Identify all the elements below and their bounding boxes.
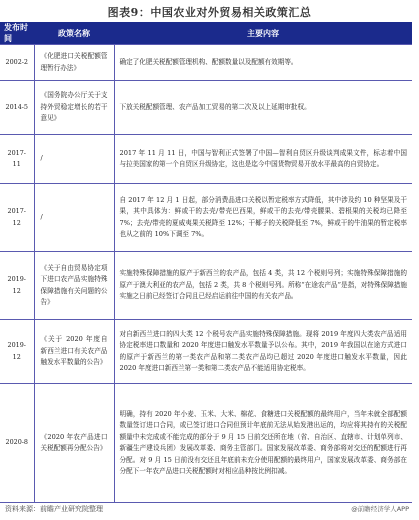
row-content: 确定了化肥关税配额管理机构、配额数量以及配额有效期等。 bbox=[114, 45, 412, 81]
table-row: 2019-12 《关于 2020 年度自新西兰进口有关农产品触发水平数量的公告》… bbox=[0, 320, 412, 384]
table-header-row: 发布时间 政策名称 主要内容 bbox=[0, 22, 412, 45]
row-date: 2019-12 bbox=[0, 320, 34, 384]
table-row: 2017-12 / 自 2017 年 12 月 1 日起，部分消费品进口关税以暂… bbox=[0, 184, 412, 252]
header-policy-name: 政策名称 bbox=[34, 22, 114, 45]
row-date: 2019-12 bbox=[0, 252, 34, 320]
row-policy-name: 《国务院办公厅关于支持外贸稳定增长的若干意见》 bbox=[34, 81, 114, 135]
row-policy-name: / bbox=[34, 184, 114, 252]
row-policy-name: 《2020 年农产品进口关税配额再分配公告》 bbox=[34, 384, 114, 503]
row-policy-name: 《化肥进口关税配额管理暂行办法》 bbox=[34, 45, 114, 81]
row-policy-name: 《关于 2020 年度自新西兰进口有关农产品触发水平数量的公告》 bbox=[34, 320, 114, 384]
table-row: 2002-2 《化肥进口关税配额管理暂行办法》 确定了化肥关税配额管理机构、配额… bbox=[0, 45, 412, 81]
row-date: 2017-12 bbox=[0, 184, 34, 252]
row-content: 2017 年 11 月 11 日，中国与智利正式签署了中国—智利自贸区升级谈判成… bbox=[114, 135, 412, 184]
table-row: 2014-5 《国务院办公厅关于支持外贸稳定增长的若干意见》 下放关税配额管理、… bbox=[0, 81, 412, 135]
row-content: 实施特殊保障措施的原产于新西兰的农产品，包括 4 类，共 12 个税则号列；实施… bbox=[114, 252, 412, 320]
row-content: 下放关税配额管理、农产品加工贸易的第二次及以上延期审批权。 bbox=[114, 81, 412, 135]
table-row: 2019-12 《关于自由贸易协定项下进口农产品实施特殊保障措施有关问题的公告》… bbox=[0, 252, 412, 320]
table-row: 2020-8 《2020 年农产品进口关税配额再分配公告》 明确，持有 2020… bbox=[0, 384, 412, 503]
policy-table: 发布时间 政策名称 主要内容 2002-2 《化肥进口关税配额管理暂行办法》 确… bbox=[0, 22, 412, 503]
row-date: 2014-5 bbox=[0, 81, 34, 135]
source-note: 资料来源：前瞻产业研究院整理 bbox=[5, 504, 103, 514]
header-date: 发布时间 bbox=[0, 22, 34, 45]
header-content: 主要内容 bbox=[114, 22, 412, 45]
credit-watermark: @前瞻经济学人APP bbox=[351, 504, 409, 513]
table-row: 2017-11 / 2017 年 11 月 11 日，中国与智利正式签署了中国—… bbox=[0, 135, 412, 184]
row-content: 自 2017 年 12 月 1 日起，部分消费品进口关税以暂定税率方式降低，其中… bbox=[114, 184, 412, 252]
row-content: 对自新西兰进口的四大类 12 个税号农产品实施特殊保障措施。现将 2019 年度… bbox=[114, 320, 412, 384]
row-content: 明确，持有 2020 年小麦、玉米、大米、棉花、食糖进口关税配额的最终用户，当年… bbox=[114, 384, 412, 503]
row-policy-name: 《关于自由贸易协定项下进口农产品实施特殊保障措施有关问题的公告》 bbox=[34, 252, 114, 320]
row-policy-name: / bbox=[34, 135, 114, 184]
row-date: 2017-11 bbox=[0, 135, 34, 184]
chart-title: 图表9：中国农业对外贸易相关政策汇总 bbox=[0, 4, 419, 20]
row-date: 2002-2 bbox=[0, 45, 34, 81]
row-date: 2020-8 bbox=[0, 384, 34, 503]
